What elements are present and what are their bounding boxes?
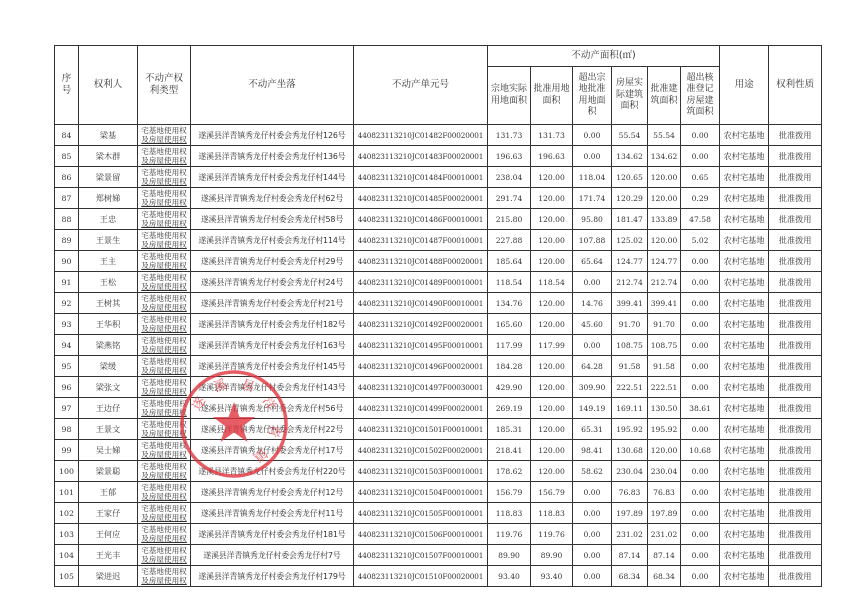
row-excess-building-area: 0.00	[681, 377, 720, 398]
row-location: 遂溪县洋青镇秀龙仔村委会秀龙仔村163号	[191, 335, 354, 356]
row-actual-land-area: 185.64	[488, 251, 531, 272]
row-nature: 批准拨用	[769, 125, 822, 146]
row-owner: 梁张文	[79, 377, 138, 398]
row-approved-building-area: 399.41	[648, 293, 681, 314]
table-row: 103王何应宅基地使用权及房屋使用权遂溪县洋青镇秀龙仔村委会秀龙仔村181号44…	[55, 524, 822, 545]
right-type-line2: 及房屋使用权	[138, 555, 190, 565]
row-nature: 批准拨用	[769, 230, 822, 251]
row-approved-building-area: 76.83	[648, 482, 681, 503]
row-nature: 批准拨用	[769, 377, 822, 398]
right-type-line1: 宅基地使用权	[138, 546, 190, 556]
row-excess-land-area: 118.04	[573, 167, 612, 188]
row-approved-land-area: 120.00	[531, 377, 573, 398]
right-type-line2: 及房屋使用权	[138, 177, 190, 187]
row-approved-building-area: 133.89	[648, 209, 681, 230]
row-nature: 批准拨用	[769, 545, 822, 566]
row-excess-land-area: 0.00	[573, 125, 612, 146]
row-seq: 89	[55, 230, 79, 251]
row-nature: 批准拨用	[769, 482, 822, 503]
row-approved-building-area: 124.77	[648, 251, 681, 272]
row-excess-land-area: 14.76	[573, 293, 612, 314]
row-excess-land-area: 107.88	[573, 230, 612, 251]
row-use: 农村宅基地	[720, 398, 769, 419]
row-approved-building-area: 197.89	[648, 503, 681, 524]
right-type-line1: 宅基地使用权	[138, 315, 190, 325]
row-use: 农村宅基地	[720, 146, 769, 167]
right-type-line1: 宅基地使用权	[138, 210, 190, 220]
row-nature: 批准拨用	[769, 524, 822, 545]
row-right-type: 宅基地使用权及房屋使用权	[138, 146, 191, 167]
row-actual-land-area: 185.31	[488, 419, 531, 440]
row-approved-land-area: 120.00	[531, 188, 573, 209]
header-seq: 序号	[55, 46, 79, 125]
row-right-type: 宅基地使用权及房屋使用权	[138, 545, 191, 566]
row-approved-building-area: 222.51	[648, 377, 681, 398]
row-actual-land-area: 218.41	[488, 440, 531, 461]
row-location: 遂溪县洋青镇秀龙仔村委会秀龙仔村181号	[191, 524, 354, 545]
row-approved-land-area: 120.00	[531, 251, 573, 272]
row-excess-land-area: 64.28	[573, 356, 612, 377]
row-seq: 103	[55, 524, 79, 545]
row-seq: 88	[55, 209, 79, 230]
row-actual-building-area: 91.70	[612, 314, 648, 335]
row-location: 遂溪县洋青镇秀龙仔村委会秀龙仔村56号	[191, 398, 354, 419]
row-location: 遂溪县洋青镇秀龙仔村委会秀龙仔村143号	[191, 377, 354, 398]
row-location: 遂溪县洋青镇秀龙仔村委会秀龙仔村24号	[191, 272, 354, 293]
row-use: 农村宅基地	[720, 293, 769, 314]
table-row: 84梁基宅基地使用权及房屋使用权遂溪县洋青镇秀龙仔村委会秀龙仔村126号4408…	[55, 125, 822, 146]
row-location: 遂溪县洋青镇秀龙仔村委会秀龙仔村114号	[191, 230, 354, 251]
row-use: 农村宅基地	[720, 335, 769, 356]
row-actual-land-area: 93.40	[488, 566, 531, 587]
row-owner: 王主	[79, 251, 138, 272]
row-approved-building-area: 120.00	[648, 167, 681, 188]
row-actual-building-area: 230.04	[612, 461, 648, 482]
right-type-line2: 及房屋使用权	[138, 408, 190, 418]
row-excess-building-area: 0.29	[681, 188, 720, 209]
row-nature: 批准拨用	[769, 356, 822, 377]
row-approved-building-area: 55.54	[648, 125, 681, 146]
table-body: 84梁基宅基地使用权及房屋使用权遂溪县洋青镇秀龙仔村委会秀龙仔村126号4408…	[55, 125, 822, 587]
row-owner: 王何应	[79, 524, 138, 545]
table-row: 100梁景聪宅基地使用权及房屋使用权遂溪县洋青镇秀龙仔村委会秀龙仔村220号44…	[55, 461, 822, 482]
row-unit-no: 440823113210JC01506F00010001	[354, 524, 488, 545]
row-approved-building-area: 91.58	[648, 356, 681, 377]
row-seq: 101	[55, 482, 79, 503]
row-actual-building-area: 197.89	[612, 503, 648, 524]
table-row: 95梁缓宅基地使用权及房屋使用权遂溪县洋青镇秀龙仔村委会秀龙仔村145号4408…	[55, 356, 822, 377]
row-unit-no: 440823113210JC01489F00010001	[354, 272, 488, 293]
row-unit-no: 440823113210JC01510F00020001	[354, 566, 488, 587]
row-approved-land-area: 120.00	[531, 293, 573, 314]
row-seq: 100	[55, 461, 79, 482]
row-use: 农村宅基地	[720, 272, 769, 293]
row-owner: 王松	[79, 272, 138, 293]
row-nature: 批准拨用	[769, 251, 822, 272]
row-seq: 102	[55, 503, 79, 524]
row-approved-land-area: 118.54	[531, 272, 573, 293]
row-owner: 梁景聪	[79, 461, 138, 482]
right-type-line1: 宅基地使用权	[138, 126, 190, 136]
row-location: 遂溪县洋青镇秀龙仔村委会秀龙仔村182号	[191, 314, 354, 335]
row-owner: 王家仔	[79, 503, 138, 524]
row-actual-land-area: 165.60	[488, 314, 531, 335]
row-actual-land-area: 156.79	[488, 482, 531, 503]
right-type-line1: 宅基地使用权	[138, 378, 190, 388]
row-right-type: 宅基地使用权及房屋使用权	[138, 377, 191, 398]
row-actual-land-area: 227.88	[488, 230, 531, 251]
row-right-type: 宅基地使用权及房屋使用权	[138, 566, 191, 587]
right-type-line1: 宅基地使用权	[138, 525, 190, 535]
row-location: 遂溪县洋青镇秀龙仔村委会秀龙仔村12号	[191, 482, 354, 503]
row-right-type: 宅基地使用权及房屋使用权	[138, 398, 191, 419]
row-excess-land-area: 58.62	[573, 461, 612, 482]
right-type-line1: 宅基地使用权	[138, 483, 190, 493]
right-type-line2: 及房屋使用权	[138, 324, 190, 334]
row-unit-no: 440823113210JC01499F00020001	[354, 398, 488, 419]
row-excess-land-area: 95.80	[573, 209, 612, 230]
row-owner: 王光丰	[79, 545, 138, 566]
row-use: 农村宅基地	[720, 419, 769, 440]
row-right-type: 宅基地使用权及房屋使用权	[138, 440, 191, 461]
row-nature: 批准拨用	[769, 209, 822, 230]
row-right-type: 宅基地使用权及房屋使用权	[138, 293, 191, 314]
row-actual-building-area: 231.02	[612, 524, 648, 545]
row-right-type: 宅基地使用权及房屋使用权	[138, 209, 191, 230]
row-use: 农村宅基地	[720, 503, 769, 524]
right-type-line2: 及房屋使用权	[138, 513, 190, 523]
row-seq: 86	[55, 167, 79, 188]
row-owner: 梁木群	[79, 146, 138, 167]
row-seq: 93	[55, 314, 79, 335]
row-approved-land-area: 131.73	[531, 125, 573, 146]
row-approved-land-area: 120.00	[531, 440, 573, 461]
row-use: 农村宅基地	[720, 125, 769, 146]
right-type-line2: 及房屋使用权	[138, 492, 190, 502]
right-type-line2: 及房屋使用权	[138, 471, 190, 481]
row-actual-building-area: 169.11	[612, 398, 648, 419]
row-approved-building-area: 108.75	[648, 335, 681, 356]
row-unit-no: 440823113210JC01486F00010001	[354, 209, 488, 230]
row-seq: 104	[55, 545, 79, 566]
row-approved-land-area: 118.83	[531, 503, 573, 524]
row-right-type: 宅基地使用权及房屋使用权	[138, 335, 191, 356]
row-actual-building-area: 399.41	[612, 293, 648, 314]
row-right-type: 宅基地使用权及房屋使用权	[138, 419, 191, 440]
row-nature: 批准拨用	[769, 188, 822, 209]
table-row: 104王光丰宅基地使用权及房屋使用权遂溪县洋青镇秀龙仔村委会秀龙仔村7号4408…	[55, 545, 822, 566]
header-approved-land-area: 批准用地面积	[531, 67, 573, 125]
right-type-line1: 宅基地使用权	[138, 462, 190, 472]
row-right-type: 宅基地使用权及房屋使用权	[138, 230, 191, 251]
row-approved-land-area: 196.63	[531, 146, 573, 167]
row-nature: 批准拨用	[769, 503, 822, 524]
table-row: 93王华积宅基地使用权及房屋使用权遂溪县洋青镇秀龙仔村委会秀龙仔村182号440…	[55, 314, 822, 335]
row-seq: 84	[55, 125, 79, 146]
right-type-line2: 及房屋使用权	[138, 534, 190, 544]
table-row: 85梁木群宅基地使用权及房屋使用权遂溪县洋青镇秀龙仔村委会秀龙仔村136号440…	[55, 146, 822, 167]
row-excess-building-area: 0.00	[681, 251, 720, 272]
row-owner: 梁进迟	[79, 566, 138, 587]
row-excess-land-area: 0.00	[573, 146, 612, 167]
row-seq: 96	[55, 377, 79, 398]
table-row: 94梁燕铭宅基地使用权及房屋使用权遂溪县洋青镇秀龙仔村委会秀龙仔村163号440…	[55, 335, 822, 356]
right-type-line2: 及房屋使用权	[138, 135, 190, 145]
table-row: 99吴士娣宅基地使用权及房屋使用权遂溪县洋青镇秀龙仔村委会秀龙仔村17号4408…	[55, 440, 822, 461]
row-approved-land-area: 120.00	[531, 461, 573, 482]
row-right-type: 宅基地使用权及房屋使用权	[138, 314, 191, 335]
right-type-line1: 宅基地使用权	[138, 567, 190, 577]
right-type-line1: 宅基地使用权	[138, 399, 190, 409]
row-excess-land-area: 0.00	[573, 545, 612, 566]
row-use: 农村宅基地	[720, 230, 769, 251]
row-seq: 97	[55, 398, 79, 419]
row-approved-building-area: 130.50	[648, 398, 681, 419]
row-location: 遂溪县洋青镇秀龙仔村委会秀龙仔村126号	[191, 125, 354, 146]
row-location: 遂溪县洋青镇秀龙仔村委会秀龙仔村11号	[191, 503, 354, 524]
row-approved-building-area: 134.62	[648, 146, 681, 167]
row-actual-land-area: 269.19	[488, 398, 531, 419]
row-seq: 94	[55, 335, 79, 356]
right-type-line2: 及房屋使用权	[138, 156, 190, 166]
row-nature: 批准拨用	[769, 398, 822, 419]
row-unit-no: 440823113210JC01502F00020001	[354, 440, 488, 461]
row-actual-building-area: 120.29	[612, 188, 648, 209]
row-use: 农村宅基地	[720, 440, 769, 461]
row-use: 农村宅基地	[720, 251, 769, 272]
header-nature: 权利性质	[769, 46, 822, 125]
row-approved-land-area: 120.00	[531, 167, 573, 188]
row-unit-no: 440823113210JC01483F00020001	[354, 146, 488, 167]
row-seq: 99	[55, 440, 79, 461]
row-owner: 梁景留	[79, 167, 138, 188]
row-right-type: 宅基地使用权及房屋使用权	[138, 167, 191, 188]
row-approved-land-area: 89.90	[531, 545, 573, 566]
row-excess-land-area: 98.41	[573, 440, 612, 461]
row-right-type: 宅基地使用权及房屋使用权	[138, 524, 191, 545]
row-approved-building-area: 195.92	[648, 419, 681, 440]
row-owner: 王边仔	[79, 398, 138, 419]
table-row: 86梁景留宅基地使用权及房屋使用权遂溪县洋青镇秀龙仔村委会秀龙仔村144号440…	[55, 167, 822, 188]
table-row: 101王郁宅基地使用权及房屋使用权遂溪县洋青镇秀龙仔村委会秀龙仔村12号4408…	[55, 482, 822, 503]
right-type-line2: 及房屋使用权	[138, 261, 190, 271]
row-actual-building-area: 68.34	[612, 566, 648, 587]
table-header: 序号 权利人 不动产权利类型 不动产坐落 不动产单元号 不动产面积(㎡) 用途 …	[55, 46, 822, 125]
row-use: 农村宅基地	[720, 461, 769, 482]
row-seq: 85	[55, 146, 79, 167]
row-approved-building-area: 91.70	[648, 314, 681, 335]
row-actual-building-area: 55.54	[612, 125, 648, 146]
row-actual-land-area: 178.62	[488, 461, 531, 482]
row-actual-building-area: 181.47	[612, 209, 648, 230]
right-type-line1: 宅基地使用权	[138, 441, 190, 451]
row-unit-no: 440823113210JC01501F00010001	[354, 419, 488, 440]
row-approved-building-area: 230.04	[648, 461, 681, 482]
row-actual-land-area: 238.04	[488, 167, 531, 188]
row-approved-land-area: 117.99	[531, 335, 573, 356]
row-actual-building-area: 120.65	[612, 167, 648, 188]
row-seq: 95	[55, 356, 79, 377]
table-row: 89王景生宅基地使用权及房屋使用权遂溪县洋青镇秀龙仔村委会秀龙仔村114号440…	[55, 230, 822, 251]
row-approved-land-area: 120.00	[531, 419, 573, 440]
row-excess-land-area: 45.60	[573, 314, 612, 335]
header-excess-building-area: 超出核准登记房屋建筑面积	[681, 67, 720, 125]
row-seq: 87	[55, 188, 79, 209]
row-actual-land-area: 429.90	[488, 377, 531, 398]
header-excess-land-area: 超出宗地批准用地面积	[573, 67, 612, 125]
row-owner: 梁缓	[79, 356, 138, 377]
right-type-line2: 及房屋使用权	[138, 303, 190, 313]
registry-document: 序号 权利人 不动产权利类型 不动产坐落 不动产单元号 不动产面积(㎡) 用途 …	[54, 45, 821, 587]
row-excess-land-area: 0.00	[573, 524, 612, 545]
row-right-type: 宅基地使用权及房屋使用权	[138, 461, 191, 482]
row-approved-land-area: 120.00	[531, 230, 573, 251]
row-unit-no: 440823113210JC01504F00010001	[354, 482, 488, 503]
row-location: 遂溪县洋青镇秀龙仔村委会秀龙仔村22号	[191, 419, 354, 440]
row-actual-building-area: 134.62	[612, 146, 648, 167]
row-excess-building-area: 0.00	[681, 461, 720, 482]
row-location: 遂溪县洋青镇秀龙仔村委会秀龙仔村220号	[191, 461, 354, 482]
row-owner: 王景文	[79, 419, 138, 440]
table-row: 96梁张文宅基地使用权及房屋使用权遂溪县洋青镇秀龙仔村委会秀龙仔村143号440…	[55, 377, 822, 398]
row-actual-land-area: 291.74	[488, 188, 531, 209]
row-use: 农村宅基地	[720, 377, 769, 398]
row-approved-land-area: 120.00	[531, 398, 573, 419]
row-excess-building-area: 0.00	[681, 293, 720, 314]
table-row: 98王景文宅基地使用权及房屋使用权遂溪县洋青镇秀龙仔村委会秀龙仔村22号4408…	[55, 419, 822, 440]
row-excess-building-area: 0.00	[681, 524, 720, 545]
row-nature: 批准拨用	[769, 419, 822, 440]
row-right-type: 宅基地使用权及房屋使用权	[138, 482, 191, 503]
row-location: 遂溪县洋青镇秀龙仔村委会秀龙仔村145号	[191, 356, 354, 377]
row-nature: 批准拨用	[769, 167, 822, 188]
row-unit-no: 440823113210JC01505F00010001	[354, 503, 488, 524]
row-excess-land-area: 65.64	[573, 251, 612, 272]
row-approved-building-area: 231.02	[648, 524, 681, 545]
row-right-type: 宅基地使用权及房屋使用权	[138, 503, 191, 524]
row-excess-building-area: 47.58	[681, 209, 720, 230]
row-excess-land-area: 309.90	[573, 377, 612, 398]
row-owner: 王郁	[79, 482, 138, 503]
row-excess-building-area: 10.68	[681, 440, 720, 461]
table-row: 87郑树娣宅基地使用权及房屋使用权遂溪县洋青镇秀龙仔村委会秀龙仔村62号4408…	[55, 188, 822, 209]
row-owner: 梁燕铭	[79, 335, 138, 356]
row-owner: 梁基	[79, 125, 138, 146]
right-type-line1: 宅基地使用权	[138, 504, 190, 514]
row-actual-land-area: 118.83	[488, 503, 531, 524]
row-approved-land-area: 120.00	[531, 209, 573, 230]
row-excess-land-area: 0.00	[573, 482, 612, 503]
row-location: 遂溪县洋青镇秀龙仔村委会秀龙仔村136号	[191, 146, 354, 167]
right-type-line1: 宅基地使用权	[138, 357, 190, 367]
row-location: 遂溪县洋青镇秀龙仔村委会秀龙仔村21号	[191, 293, 354, 314]
table-row: 90王主宅基地使用权及房屋使用权遂溪县洋青镇秀龙仔村委会秀龙仔村29号44082…	[55, 251, 822, 272]
row-right-type: 宅基地使用权及房屋使用权	[138, 356, 191, 377]
right-type-line1: 宅基地使用权	[138, 252, 190, 262]
row-nature: 批准拨用	[769, 146, 822, 167]
row-seq: 98	[55, 419, 79, 440]
row-excess-land-area: 0.00	[573, 503, 612, 524]
row-nature: 批准拨用	[769, 314, 822, 335]
row-seq: 91	[55, 272, 79, 293]
row-excess-building-area: 0.00	[681, 125, 720, 146]
row-unit-no: 440823113210JC01485F00020001	[354, 188, 488, 209]
row-actual-land-area: 89.90	[488, 545, 531, 566]
row-use: 农村宅基地	[720, 545, 769, 566]
header-location: 不动产坐落	[191, 46, 354, 125]
row-excess-building-area: 0.00	[681, 419, 720, 440]
row-approved-land-area: 93.40	[531, 566, 573, 587]
row-unit-no: 440823113210JC01497F00030001	[354, 377, 488, 398]
header-unit-no: 不动产单元号	[354, 46, 488, 125]
row-unit-no: 440823113210JC01503F00010001	[354, 461, 488, 482]
row-excess-building-area: 0.00	[681, 314, 720, 335]
table-row: 92王树其宅基地使用权及房屋使用权遂溪县洋青镇秀龙仔村委会秀龙仔村21号4408…	[55, 293, 822, 314]
row-unit-no: 440823113210JC01490F00010001	[354, 293, 488, 314]
right-type-line2: 及房屋使用权	[138, 450, 190, 460]
row-use: 农村宅基地	[720, 566, 769, 587]
row-location: 遂溪县洋青镇秀龙仔村委会秀龙仔村58号	[191, 209, 354, 230]
row-excess-building-area: 0.65	[681, 167, 720, 188]
right-type-line1: 宅基地使用权	[138, 294, 190, 304]
row-unit-no: 440823113210JC01507F00010001	[354, 545, 488, 566]
row-owner: 郑树娣	[79, 188, 138, 209]
row-excess-building-area: 0.00	[681, 545, 720, 566]
row-unit-no: 440823113210JC01488F00020001	[354, 251, 488, 272]
row-use: 农村宅基地	[720, 209, 769, 230]
table-row: 105梁进迟宅基地使用权及房屋使用权遂溪县洋青镇秀龙仔村委会秀龙仔村179号44…	[55, 566, 822, 587]
row-actual-land-area: 215.80	[488, 209, 531, 230]
row-approved-building-area: 87.14	[648, 545, 681, 566]
row-actual-building-area: 130.68	[612, 440, 648, 461]
row-use: 农村宅基地	[720, 188, 769, 209]
row-excess-building-area: 0.00	[681, 356, 720, 377]
row-approved-building-area: 212.74	[648, 272, 681, 293]
right-type-line2: 及房屋使用权	[138, 219, 190, 229]
row-actual-land-area: 117.99	[488, 335, 531, 356]
row-approved-building-area: 68.34	[648, 566, 681, 587]
header-actual-building-area: 房屋实际建筑面积	[612, 67, 648, 125]
row-owner: 王树其	[79, 293, 138, 314]
row-approved-building-area: 120.00	[648, 230, 681, 251]
row-location: 遂溪县洋青镇秀龙仔村委会秀龙仔村144号	[191, 167, 354, 188]
row-actual-building-area: 87.14	[612, 545, 648, 566]
row-excess-building-area: 0.00	[681, 482, 720, 503]
right-type-line2: 及房屋使用权	[138, 429, 190, 439]
row-approved-building-area: 120.00	[648, 440, 681, 461]
header-area-group: 不动产面积(㎡)	[488, 46, 720, 67]
row-excess-building-area: 0.00	[681, 272, 720, 293]
row-nature: 批准拨用	[769, 566, 822, 587]
property-registry-table: 序号 权利人 不动产权利类型 不动产坐落 不动产单元号 不动产面积(㎡) 用途 …	[54, 45, 822, 587]
row-right-type: 宅基地使用权及房屋使用权	[138, 251, 191, 272]
row-actual-land-area: 119.76	[488, 524, 531, 545]
table-row: 91王松宅基地使用权及房屋使用权遂溪县洋青镇秀龙仔村委会秀龙仔村24号44082…	[55, 272, 822, 293]
row-location: 遂溪县洋青镇秀龙仔村委会秀龙仔村29号	[191, 251, 354, 272]
row-owner: 王忠	[79, 209, 138, 230]
row-unit-no: 440823113210JC01487F00010001	[354, 230, 488, 251]
row-actual-building-area: 91.58	[612, 356, 648, 377]
table-row: 102王家仔宅基地使用权及房屋使用权遂溪县洋青镇秀龙仔村委会秀龙仔村11号440…	[55, 503, 822, 524]
row-actual-building-area: 222.51	[612, 377, 648, 398]
row-location: 遂溪县洋青镇秀龙仔村委会秀龙仔村179号	[191, 566, 354, 587]
row-use: 农村宅基地	[720, 314, 769, 335]
header-actual-land-area: 宗地实际用地面积	[488, 67, 531, 125]
table-row: 88王忠宅基地使用权及房屋使用权遂溪县洋青镇秀龙仔村委会秀龙仔村58号44082…	[55, 209, 822, 230]
row-actual-land-area: 196.63	[488, 146, 531, 167]
row-nature: 批准拨用	[769, 293, 822, 314]
row-nature: 批准拨用	[769, 335, 822, 356]
